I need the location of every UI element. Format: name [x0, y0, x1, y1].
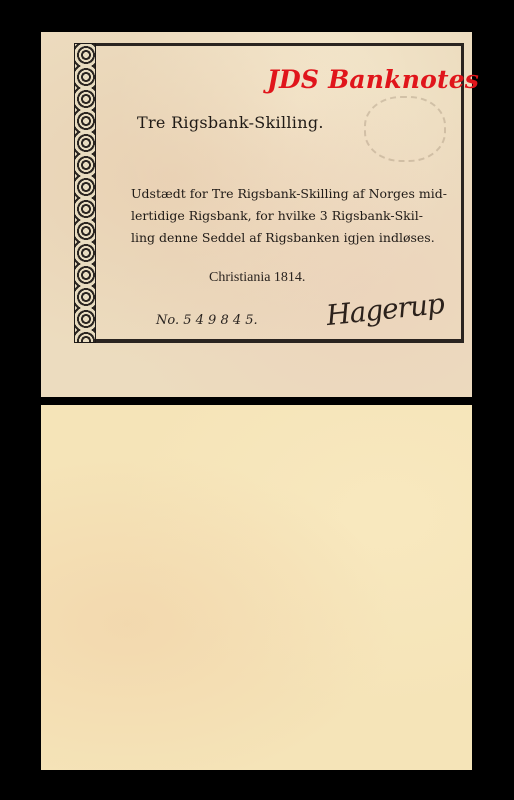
embossed-seal — [364, 96, 446, 162]
place-date: Christiania 1814. — [209, 270, 305, 286]
ornamental-border — [74, 43, 96, 343]
border-top — [96, 43, 464, 46]
body-line: Udstædt for Tre Rigsbank-Skilling af Nor… — [131, 183, 496, 205]
note-body-text: Udstædt for Tre Rigsbank-Skilling af Nor… — [131, 183, 496, 249]
signature: Hagerup — [325, 287, 446, 332]
serial-number: No. 5 4 9 8 4 5. — [156, 313, 258, 328]
border-bottom — [96, 339, 464, 343]
body-line: lertidige Rigsbank, for hvilke 3 Rigsban… — [131, 205, 496, 227]
body-line: ling denne Seddel af Rigsbanken igjen in… — [131, 227, 496, 249]
watermark-text: JDS Banknotes — [267, 65, 479, 94]
printed-frame: JDS Banknotes Tre Rigsbank-Skilling. Uds… — [74, 43, 464, 343]
denomination-heading: Tre Rigsbank-Skilling. — [137, 113, 324, 132]
banknote-back — [41, 405, 472, 770]
banknote-front: JDS Banknotes Tre Rigsbank-Skilling. Uds… — [41, 32, 472, 397]
